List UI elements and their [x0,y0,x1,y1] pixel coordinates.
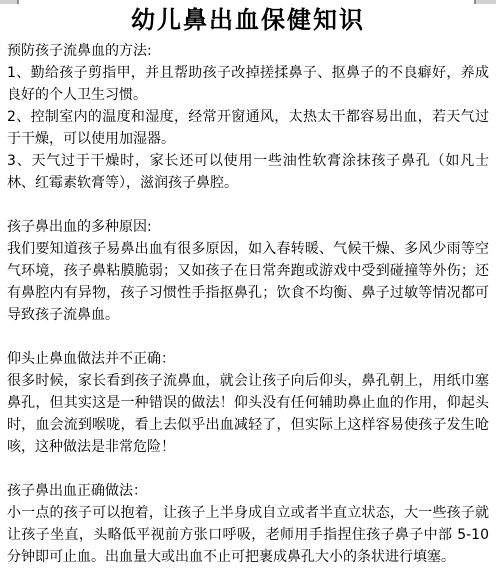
paragraph-incorrect-method: 很多时候，家长看到孩子流鼻血，就会让孩子向后仰头，鼻孔朝上，用纸巾塞鼻孔，但其实… [7,370,489,458]
window-edge-fragment-left [0,0,17,4]
paragraph-spacer [7,326,489,348]
section-heading-correct-method: 孩子鼻出血正确做法： [7,480,489,502]
paragraph-correct-method: 小一点的孩子可以抱着，让孩子上半身成自立或者半直立状态，大一些孩子就让孩子坐直，… [7,502,489,568]
document-body: 幼儿鼻出血保健知识 预防孩子流鼻血的方法: 1、勤给孩子剪指甲，并且帮助孩子改掉… [0,0,496,568]
document-page: 幼儿鼻出血保健知识 预防孩子流鼻血的方法: 1、勤给孩子剪指甲，并且帮助孩子改掉… [0,0,496,576]
window-edge-fragment-right [476,0,496,4]
paragraph-prevention-item-2: 2、控制室内的温度和湿度，经常开窗通风，太热太干都容易出血，若天气过于干燥，可以… [7,106,489,150]
section-heading-causes: 孩子鼻出血的多种原因: [7,216,489,238]
paragraph-spacer [7,194,489,216]
paragraph-spacer [7,458,489,480]
section-heading-prevention: 预防孩子流鼻血的方法: [7,40,489,62]
section-heading-incorrect-method: 仰头止鼻血做法并不正确： [7,348,489,370]
paragraph-prevention-item-1: 1、勤给孩子剪指甲，并且帮助孩子改掉搓揉鼻子、抠鼻子的不良癖好，养成良好的个人卫… [7,62,489,106]
document-title: 幼儿鼻出血保健知识 [7,5,489,35]
paragraph-causes: 我们要知道孩子易鼻出血有很多原因，如入春转暖、气候干燥、多风少雨等空气环境，孩子… [7,238,489,326]
paragraph-prevention-item-3: 3、天气过于干燥时，家长还可以使用一些油性软膏涂抹孩子鼻孔（如凡士林、红霉素软膏… [7,150,489,194]
